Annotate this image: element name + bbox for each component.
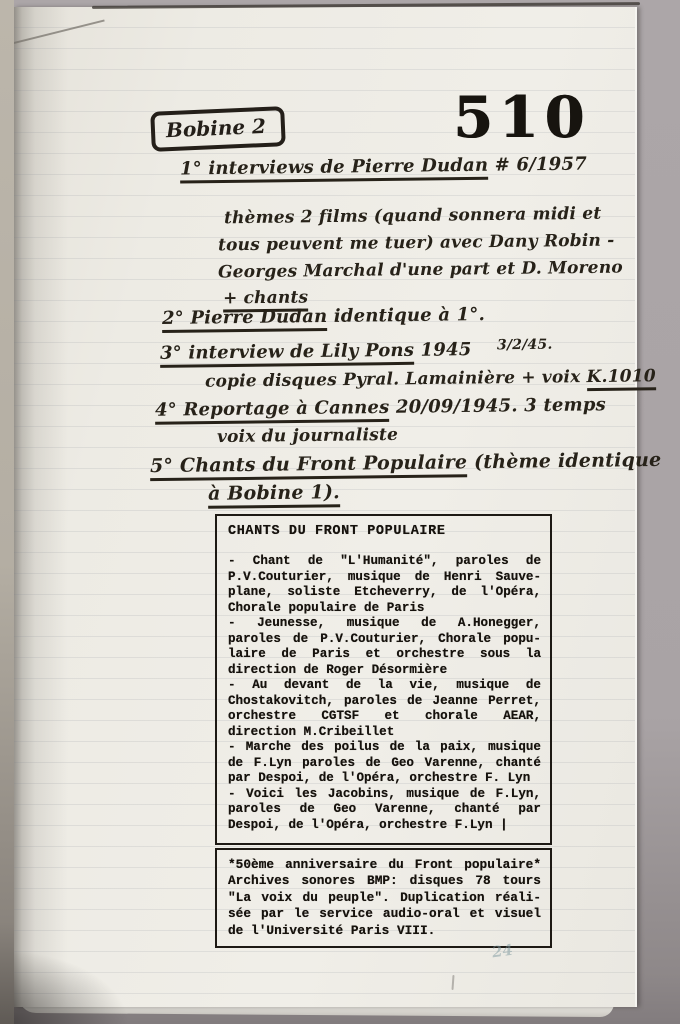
typed-line: de F.Lyn paroles de Geo Varenne, chanté (228, 756, 541, 772)
typed-line: sée par le service audio-oral et visuel (228, 906, 541, 922)
typed-line: par Despoi, de l'Opéra, orchestre F. Lyn (228, 771, 541, 787)
typed-line: "La voix du peuple". Duplication réali- (228, 890, 541, 906)
note-3-title: 3° interview de Lily Pons (160, 340, 414, 368)
note-3-date: 3/2/45. (497, 337, 553, 354)
note-1-title: 1° interviews de Pierre Dudan (180, 155, 489, 184)
typed-line: - Chant de "L'Humanité", paroles de (228, 554, 541, 570)
typed-box-title: CHANTS DU FRONT POPULAIRE (228, 524, 541, 540)
note-3-heading: 3° interview de Lily Pons 1945 (160, 339, 472, 364)
typed-line: direction de Roger Désormière (228, 663, 541, 679)
binding-strip (0, 0, 14, 1024)
note-4-suffix: 20/09/1945. 3 temps (396, 394, 606, 418)
typed-line: Chostakovitch, paroles de Jeanne Perret, (228, 694, 541, 710)
reel-label: Bobine 2 (165, 114, 266, 142)
note-2-title: 2° Pierre Dudan (162, 306, 328, 333)
note-3-reference: K.1010 (586, 366, 656, 391)
bottom-left-shadow (0, 944, 140, 1024)
typed-line: Despoi, de l'Opéra, orchestre F.Lyn | (228, 818, 541, 834)
typed-line: - Marche des poilus de la paix, musique (228, 740, 541, 756)
note-3-line-1: copie disques Pyral. Lamainière + voix K… (205, 366, 656, 392)
typed-line: direction M.Cribeillet (228, 725, 541, 741)
typed-line: - Jeunesse, musique de A.Honegger, (228, 616, 541, 632)
typed-line: de l'Université Paris VIII. (228, 923, 541, 939)
typed-box-body: - Chant de "L'Humanité", paroles deP.V.C… (228, 554, 541, 833)
page-number-stamp: 510 (453, 84, 590, 151)
typed-line: plane, soliste Etcheverry, de l'Opéra, (228, 585, 541, 601)
typed-line: - Au devant de la vie, musique de (228, 678, 541, 694)
typed-line: Archives sonores BMP: disques 78 tours (228, 873, 541, 889)
note-4-title: 4° Reportage à Cannes (155, 397, 390, 425)
typed-line: orchestre CGTSF et chorale AEAR, (228, 709, 541, 725)
note-2-heading: 2° Pierre Dudan identique à 1°. (162, 304, 485, 329)
note-5-suffix: (thème identique (474, 449, 662, 473)
typed-line: paroles de Geo Varenne, chanté par (228, 802, 541, 818)
typed-line: - Voici les Jacobins, musique de F.Lyn, (228, 787, 541, 803)
typed-box-body: *50ème anniversaire du Front populaire*A… (228, 857, 541, 939)
note-1-suffix: # 6/1957 (495, 154, 587, 176)
typed-line: P.V.Couturier, musique de Henri Sauve- (228, 570, 541, 586)
typed-insert-anniversaire: *50ème anniversaire du Front populaire*A… (215, 848, 552, 948)
note-4-line-1: voix du journaliste (217, 425, 398, 447)
scanned-notebook-photo: 510 Bobine 2 1° interviews de Pierre Dud… (0, 0, 680, 1024)
reel-label-box: Bobine 2 (150, 106, 286, 152)
note-3-suffix: 1945 (420, 339, 471, 361)
typed-line: *50ème anniversaire du Front populaire* (228, 857, 541, 873)
typed-line: laire de Paris et orchestre sous la (228, 647, 541, 663)
typed-line: Chorale populaire de Paris (228, 601, 541, 617)
note-2-suffix: identique à 1°. (334, 304, 485, 327)
note-5-title: 5° Chants du Front Populaire (150, 451, 468, 481)
note-5-line-1-text: à Bobine 1). (208, 481, 340, 509)
typed-insert-chants: CHANTS DU FRONT POPULAIRE - Chant de "L'… (215, 514, 552, 845)
typed-line: paroles de P.V.Couturier, Chorale popu- (228, 632, 541, 648)
pencil-mark: 24 (491, 941, 514, 962)
note-5-line-1: à Bobine 1). (208, 481, 340, 505)
